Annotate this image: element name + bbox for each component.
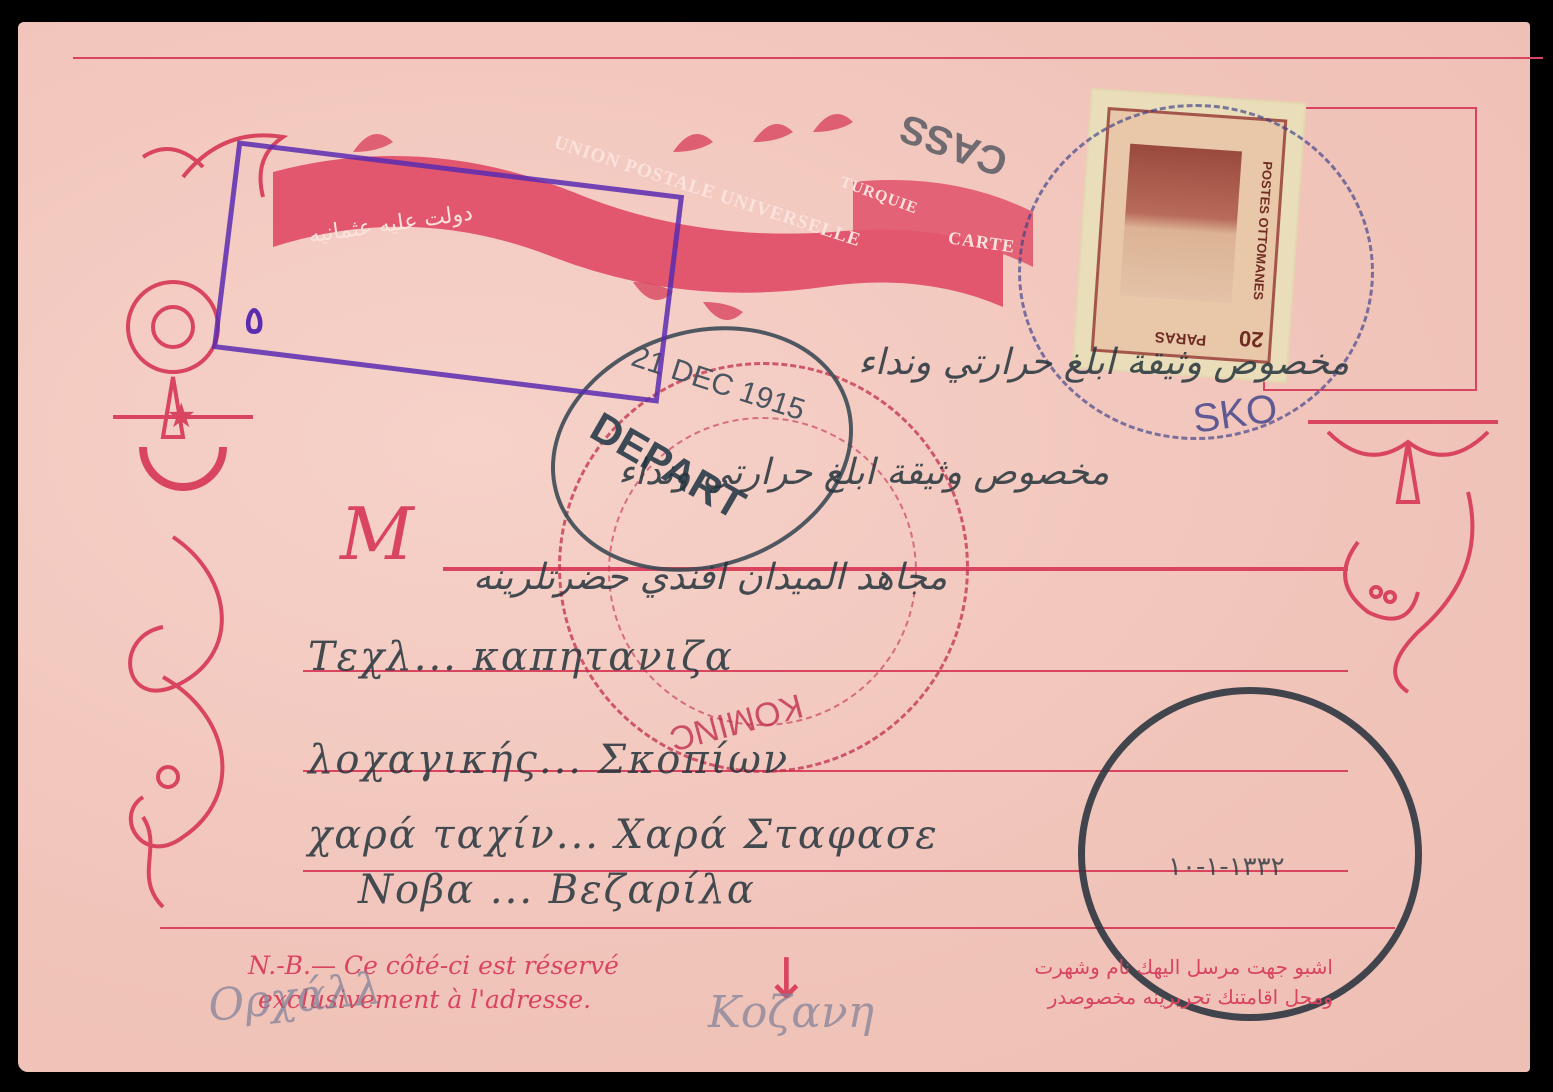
postcard: ★ UNION POSTALE UNIVERSELLE CARTE TURQUI… <box>18 22 1530 1072</box>
pencil-note-1: Ορχάλλ <box>206 963 384 1032</box>
violet-box-numeral: ٥ <box>244 297 264 342</box>
handwritten-greek-line-4: Νοβα ... Βεζαρίλα <box>358 867 756 913</box>
svg-text:★: ★ <box>166 396 196 436</box>
handwritten-greek-line-2: λοχαγικής... Σκοπίων <box>308 737 789 783</box>
handwritten-arabic-line-1: مخصوص وثيقة ابلغ حرارتي ونداء <box>618 452 1109 493</box>
right-corner-ornament <box>1298 402 1518 702</box>
arabic-note-line-2: ومحل اقامتنك تحريرينه مخصوصدر <box>963 982 1333 1012</box>
handwritten-arabic-line-2: مجاهد الميدان افندي حضرتلرينه <box>473 557 947 598</box>
arabic-note: اشبو جهت مرسل اليهك نام وشهرت ومحل اقامت… <box>963 952 1333 1012</box>
handwritten-greek-line-1: Τεχλ... καπητανιζα <box>308 634 734 680</box>
blue-oval-postmark <box>1018 104 1374 440</box>
address-prefix: M <box>340 492 414 576</box>
handwritten-greek-line-3: χαρά ταχίν... Χαρά Σταφασε <box>308 812 939 858</box>
pencil-note-2: Κοζανη <box>708 987 874 1038</box>
top-border-line <box>73 57 1543 59</box>
arabic-note-line-1: اشبو جهت مرسل اليهك نام وشهرت <box>963 952 1333 982</box>
black-postmark-date: ١٣٣٢-١-١٠ <box>1168 852 1285 882</box>
handwritten-arabic-top: مخصوص وثيقة ابلغ حرارتي ونداء <box>858 342 1349 383</box>
